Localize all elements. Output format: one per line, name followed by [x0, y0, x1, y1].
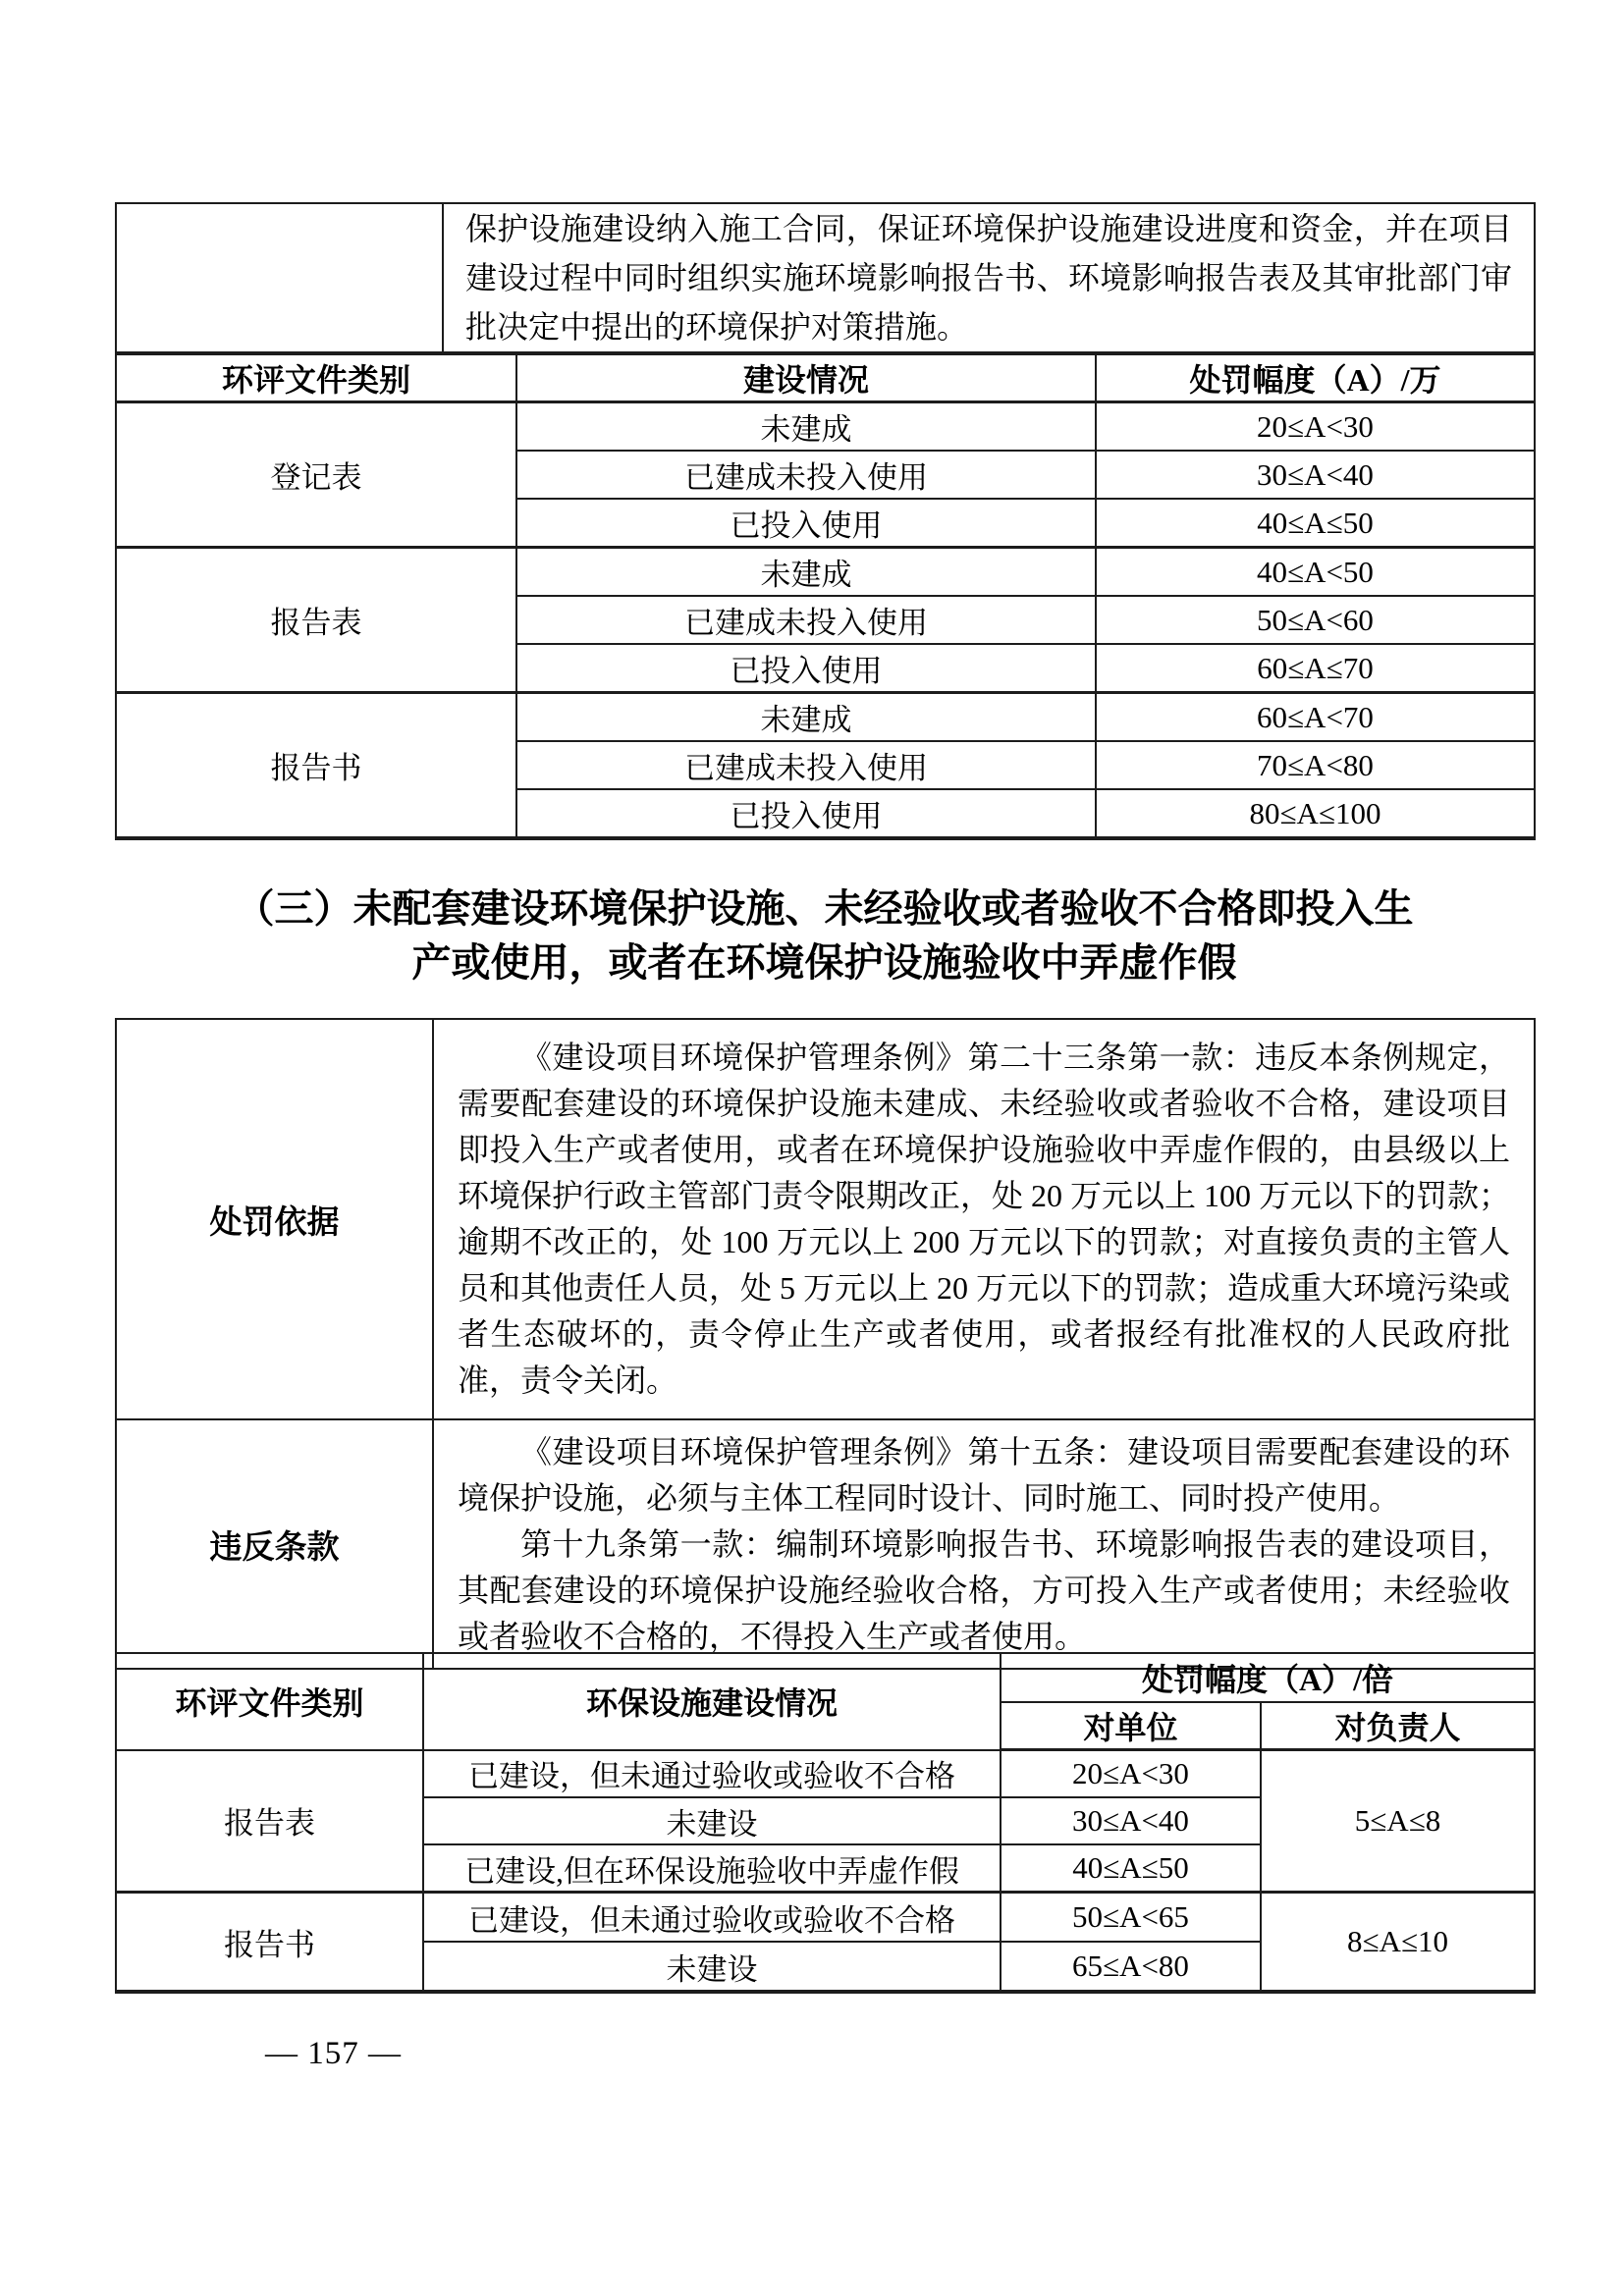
person-range-cell: 5≤A≤8: [1261, 1750, 1535, 1893]
violated-clause-paragraph-1: 《建设项目环境保护管理条例》第十五条：建设项目需要配套建设的环境保护设施，必须与…: [458, 1429, 1510, 1522]
unit-range-cell: 30≤A<40: [1001, 1797, 1261, 1844]
range-cell: 60≤A<70: [1096, 693, 1535, 742]
category-cell: 报告表: [116, 1750, 423, 1893]
status-cell: 未建成: [516, 548, 1096, 597]
range-cell: 40≤A<50: [1096, 548, 1535, 597]
header-construction-status: 建设情况: [516, 354, 1096, 402]
basis-table: 处罚依据 《建设项目环境保护管理条例》第二十三条第一款：违反本条例规定，需要配套…: [115, 1018, 1536, 1670]
table-header-row: 环评文件类别 环保设施建设情况 处罚幅度（A）/倍: [116, 1653, 1535, 1702]
penalty-table-1: 环评文件类别 建设情况 处罚幅度（A）/万 登记表 未建成 20≤A<30 已建…: [115, 352, 1536, 840]
status-cell: 已投入使用: [516, 499, 1096, 548]
category-cell: 登记表: [116, 402, 516, 548]
penalty-table-2: 环评文件类别 环保设施建设情况 处罚幅度（A）/倍 对单位 对负责人 报告表 已…: [115, 1652, 1536, 1994]
status-cell: 未建成: [516, 693, 1096, 742]
table-row: 报告表 未建成 40≤A<50: [116, 548, 1535, 597]
table-row: 保护设施建设纳入施工合同，保证环境保护设施建设进度和资金，并在项目建设过程中同时…: [116, 203, 1535, 353]
page-number: — 157 —: [115, 2036, 552, 2072]
table-row: 违反条款 《建设项目环境保护管理条例》第十五条：建设项目需要配套建设的环境保护设…: [116, 1419, 1535, 1669]
range-cell: 30≤A<40: [1096, 451, 1535, 499]
table-row: 报告书 未建成 60≤A<70: [116, 693, 1535, 742]
unit-range-cell: 50≤A<65: [1001, 1893, 1261, 1943]
table-row: 处罚依据 《建设项目环境保护管理条例》第二十三条第一款：违反本条例规定，需要配套…: [116, 1019, 1535, 1419]
status-cell: 已建设,但在环保设施验收中弄虚作假: [423, 1844, 1001, 1893]
status-cell: 已建成未投入使用: [516, 451, 1096, 499]
section-heading-line2: 产或使用，或者在环境保护设施验收中弄虚作假: [115, 935, 1534, 989]
table-row: 登记表 未建成 20≤A<30: [116, 402, 1535, 452]
header-eia-doc-type: 环评文件类别: [116, 1653, 423, 1750]
penalty-basis-paragraph: 《建设项目环境保护管理条例》第二十三条第一款：违反本条例规定，需要配套建设的环境…: [458, 1035, 1510, 1404]
penalty-basis-text-cell: 《建设项目环境保护管理条例》第二十三条第一款：违反本条例规定，需要配套建设的环境…: [433, 1019, 1535, 1419]
status-cell: 已建设，但未通过验收或验收不合格: [423, 1750, 1001, 1798]
status-cell: 已建成未投入使用: [516, 596, 1096, 644]
status-cell: 已投入使用: [516, 789, 1096, 838]
range-cell: 70≤A<80: [1096, 741, 1535, 789]
continuation-text: 保护设施建设纳入施工合同，保证环境保护设施建设进度和资金，并在项目建设过程中同时…: [443, 203, 1535, 353]
section-heading-line1: （三）未配套建设环境保护设施、未经验收或者验收不合格即投入生: [115, 881, 1534, 935]
header-facility-status: 环保设施建设情况: [423, 1653, 1001, 1750]
range-cell: 60≤A≤70: [1096, 644, 1535, 693]
category-cell: 报告表: [116, 548, 516, 693]
header-penalty-range-wan: 处罚幅度（A）/万: [1096, 354, 1535, 402]
unit-range-cell: 65≤A<80: [1001, 1942, 1261, 1992]
table-header-row: 环评文件类别 建设情况 处罚幅度（A）/万: [116, 354, 1535, 402]
subheader-for-person: 对负责人: [1261, 1702, 1535, 1750]
penalty-basis-label: 处罚依据: [116, 1019, 433, 1419]
violated-clause-paragraph-2: 第十九条第一款：编制环境影响报告书、环境影响报告表的建设项目，其配套建设的环境保…: [458, 1522, 1510, 1660]
unit-range-cell: 40≤A≤50: [1001, 1844, 1261, 1893]
header-eia-doc-type: 环评文件类别: [116, 354, 516, 402]
header-penalty-range-bei: 处罚幅度（A）/倍: [1001, 1653, 1535, 1702]
status-cell: 未建设: [423, 1797, 1001, 1844]
category-cell: 报告书: [116, 1893, 423, 1993]
status-cell: 已建设，但未通过验收或验收不合格: [423, 1893, 1001, 1943]
violated-clause-text-cell: 《建设项目环境保护管理条例》第十五条：建设项目需要配套建设的环境保护设施，必须与…: [433, 1419, 1535, 1669]
range-cell: 40≤A≤50: [1096, 499, 1535, 548]
person-range-cell: 8≤A≤10: [1261, 1893, 1535, 1993]
subheader-for-unit: 对单位: [1001, 1702, 1261, 1750]
range-cell: 50≤A<60: [1096, 596, 1535, 644]
violated-clause-label: 违反条款: [116, 1419, 433, 1669]
section-heading: （三）未配套建设环境保护设施、未经验收或者验收不合格即投入生 产或使用，或者在环…: [115, 881, 1534, 989]
range-cell: 80≤A≤100: [1096, 789, 1535, 838]
status-cell: 已投入使用: [516, 644, 1096, 693]
document-page: 保护设施建设纳入施工合同，保证环境保护设施建设进度和资金，并在项目建设过程中同时…: [0, 0, 1624, 2296]
table-row: 报告书 已建设，但未通过验收或验收不合格 50≤A<65 8≤A≤10: [116, 1893, 1535, 1943]
category-cell: 报告书: [116, 693, 516, 839]
range-cell: 20≤A<30: [1096, 402, 1535, 452]
status-cell: 已建成未投入使用: [516, 741, 1096, 789]
table-row: 报告表 已建设，但未通过验收或验收不合格 20≤A<30 5≤A≤8: [116, 1750, 1535, 1798]
continuation-table: 保护设施建设纳入施工合同，保证环境保护设施建设进度和资金，并在项目建设过程中同时…: [115, 202, 1536, 355]
status-cell: 未建成: [516, 402, 1096, 452]
unit-range-cell: 20≤A<30: [1001, 1750, 1261, 1798]
continuation-empty-label-cell: [116, 203, 443, 353]
status-cell: 未建设: [423, 1942, 1001, 1992]
